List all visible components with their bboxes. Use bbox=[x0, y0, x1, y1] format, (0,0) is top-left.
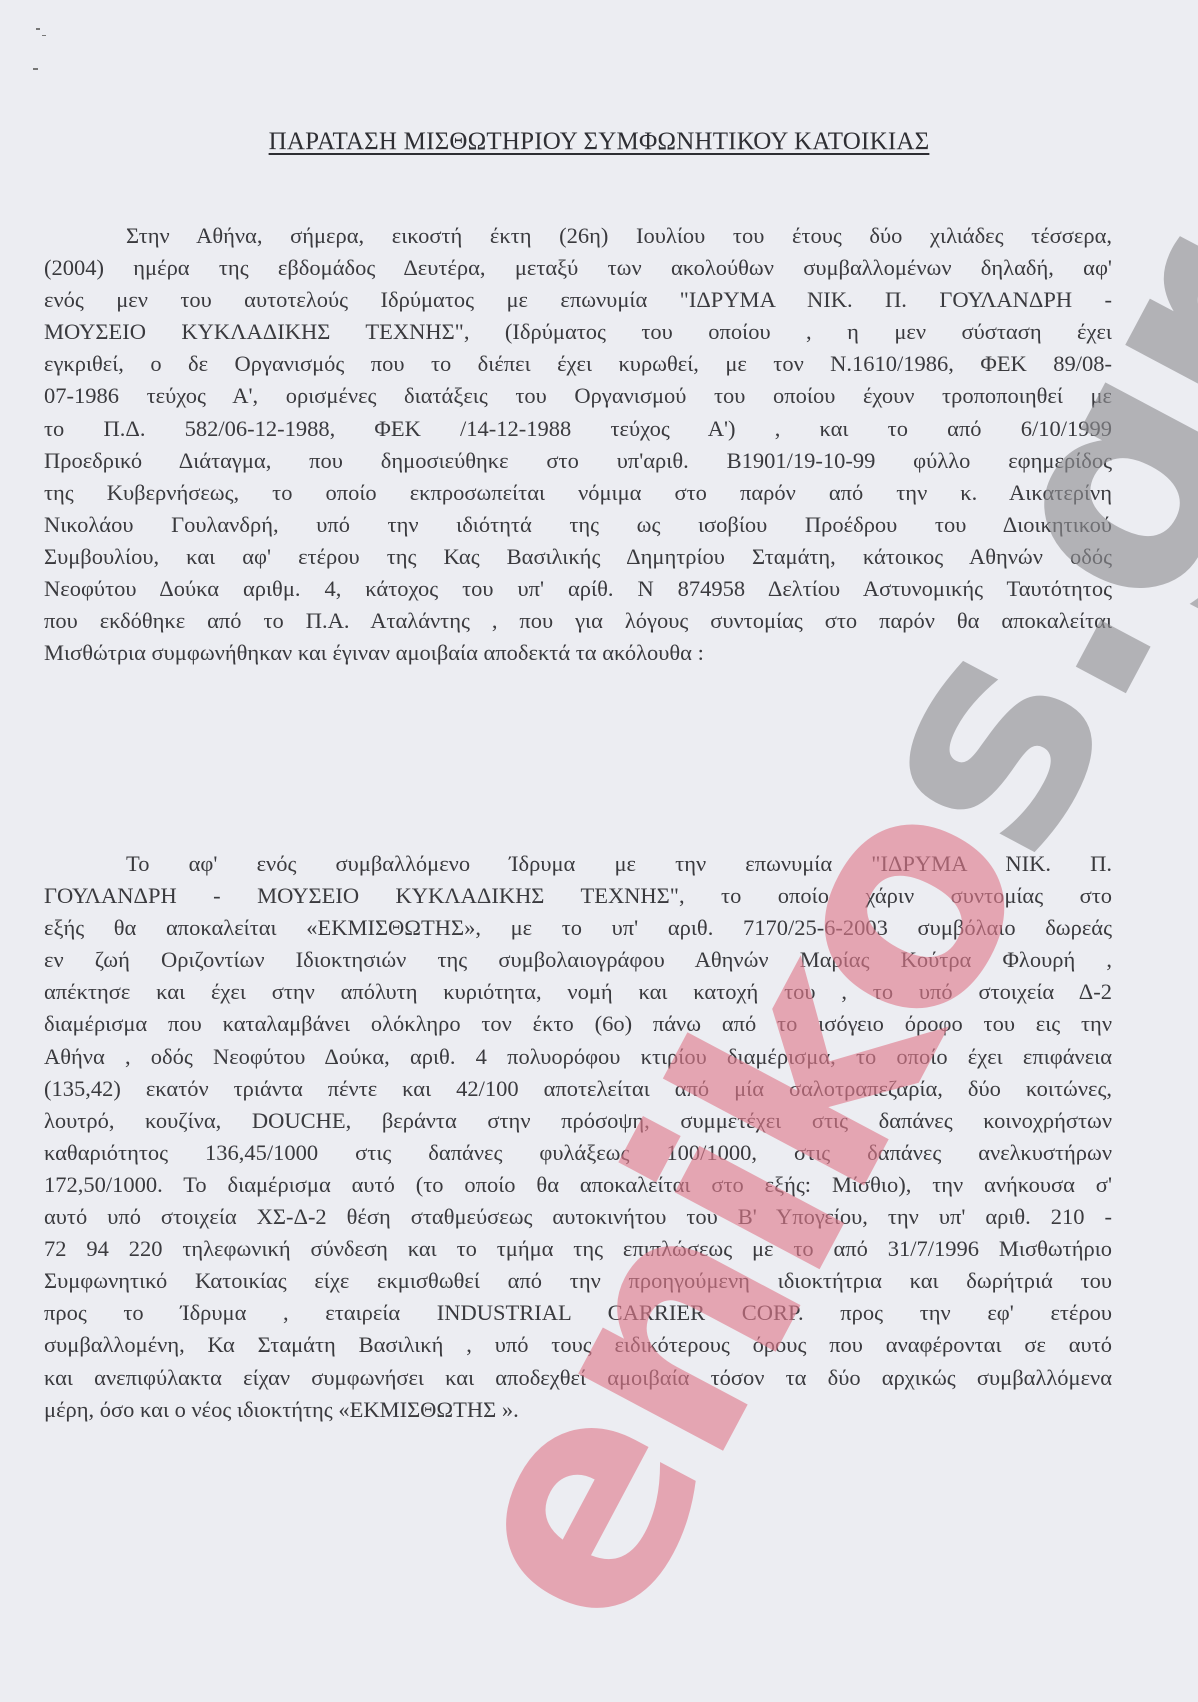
text-line: 172,50/1000. Το διαμέρισμα αυτό (το οποί… bbox=[44, 1169, 1112, 1201]
text-line: ΜΟΥΣΕΙΟ ΚΥΚΛΑΔΙΚΗΣ ΤΕΧΝΗΣ", (Ιδρύματος τ… bbox=[44, 316, 1112, 348]
text-line: εγκριθεί, ο δε Οργανισμός που το διέπει … bbox=[44, 348, 1112, 380]
paragraph-parties: Στην Αθήνα, σήμερα, εικοστή έκτη (26η) Ι… bbox=[44, 220, 1112, 669]
text-line: (2004) ημέρα της εβδομάδος Δευτέρα, μετα… bbox=[44, 252, 1112, 284]
paragraph-property-description: Το αφ' ενός συμβαλλόμενο Ίδρυμα με την ε… bbox=[44, 848, 1112, 1426]
text-line: Αθήνα , οδός Νεοφύτου Δούκα, αριθ. 4 πολ… bbox=[44, 1041, 1112, 1073]
text-line: Στην Αθήνα, σήμερα, εικοστή έκτη (26η) Ι… bbox=[44, 220, 1112, 252]
text-line: που εκδόθηκε από το Π.Α. Αταλάντης , που… bbox=[44, 605, 1112, 637]
text-line: εν ζωή Οριζοντίων Ιδιοκτησιών της συμβολ… bbox=[44, 944, 1112, 976]
text-line: αυτό υπό στοιχεία ΧΣ-Δ-2 θέση σταθμεύσεω… bbox=[44, 1201, 1112, 1233]
text-line: 07-1986 τεύχος Α', ορισμένες διατάξεις τ… bbox=[44, 380, 1112, 412]
text-line: Συμβουλίου, και αφ' ετέρου της Κας Βασιλ… bbox=[44, 541, 1112, 573]
scan-speck bbox=[33, 68, 38, 70]
scan-speck bbox=[36, 28, 40, 30]
text-line: (135,42) εκατόν τριάντα πέντε και 42/100… bbox=[44, 1073, 1112, 1105]
text-line: Συμφωνητικό Κατοικίας είχε εκμισθωθεί απ… bbox=[44, 1265, 1112, 1297]
text-line: Μισθώτρια συμφωνήθηκαν και έγιναν αμοιβα… bbox=[44, 637, 1112, 669]
text-line: Το αφ' ενός συμβαλλόμενο Ίδρυμα με την ε… bbox=[44, 848, 1112, 880]
text-line: συμβαλλομένη, Κα Σταμάτη Βασιλική , υπό … bbox=[44, 1329, 1112, 1361]
text-line: ενός μεν του αυτοτελούς Ιδρύματος με επω… bbox=[44, 284, 1112, 316]
text-line: το Π.Δ. 582/06-12-1988, ΦΕΚ /14-12-1988 … bbox=[44, 413, 1112, 445]
document-title: ΠΑΡΑΤΑΣΗ ΜΙΣΘΩΤΗΡΙΟΥ ΣΥΜΦΩΝΗΤΙΚΟΥ ΚΑΤΟΙΚ… bbox=[0, 128, 1198, 156]
text-line: Νικολάου Γουλανδρή, υπό την ιδιότητά της… bbox=[44, 509, 1112, 541]
text-line: διαμέρισμα που καταλαμβάνει ολόκληρο τον… bbox=[44, 1008, 1112, 1040]
text-line: λουτρό, κουζίνα, DOUCHE, βεράντα στην πρ… bbox=[44, 1105, 1112, 1137]
text-line: καθαριότητος 136,45/1000 στις δαπάνες φυ… bbox=[44, 1137, 1112, 1169]
text-line: της Κυβερνήσεως, το οποίο εκπροσωπείται … bbox=[44, 477, 1112, 509]
text-line: προς το Ίδρυμα , εταιρεία INDUSTRIAL CAR… bbox=[44, 1297, 1112, 1329]
text-line: ΓΟΥΛΑΝΔΡΗ - ΜΟΥΣΕΙΟ ΚΥΚΛΑΔΙΚΗΣ ΤΕΧΝΗΣ", … bbox=[44, 880, 1112, 912]
text-line: και ανεπιφύλακτα είχαν συμφωνήσει και απ… bbox=[44, 1362, 1112, 1394]
scan-speck bbox=[42, 35, 46, 36]
text-line: Νεοφύτου Δούκα αριθμ. 4, κάτοχος του υπ'… bbox=[44, 573, 1112, 605]
scanned-document-page: ΠΑΡΑΤΑΣΗ ΜΙΣΘΩΤΗΡΙΟΥ ΣΥΜΦΩΝΗΤΙΚΟΥ ΚΑΤΟΙΚ… bbox=[0, 0, 1198, 1702]
text-line: μέρη, όσο και ο νέος ιδιοκτήτης «ΕΚΜΙΣΘΩ… bbox=[44, 1394, 1112, 1426]
text-line: 72 94 220 τηλεφωνική σύνδεση και το τμήμ… bbox=[44, 1233, 1112, 1265]
text-line: εξής θα αποκαλείται «ΕΚΜΙΣΘΩΤΗΣ», με το … bbox=[44, 912, 1112, 944]
text-line: Προεδρικό Διάταγμα, που δημοσιεύθηκε στο… bbox=[44, 445, 1112, 477]
text-line: απέκτησε και έχει στην απόλυτη κυριότητα… bbox=[44, 976, 1112, 1008]
